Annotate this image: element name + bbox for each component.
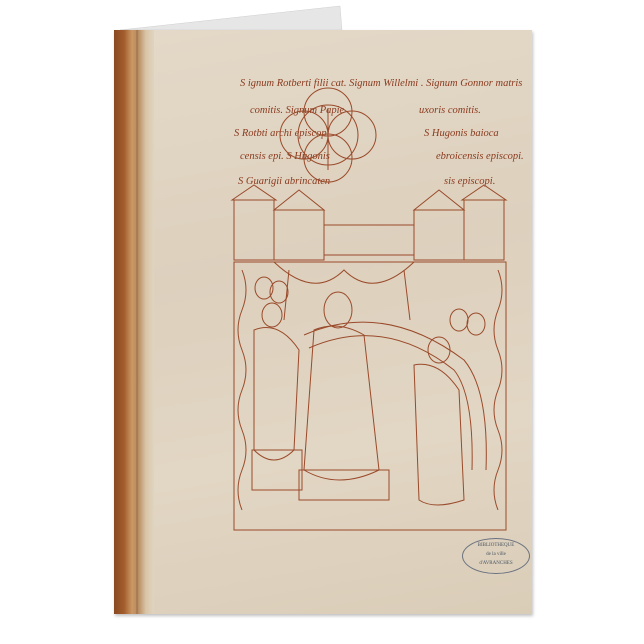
stamp-line: d'AVRANCHES [463,559,529,568]
manuscript-drawing [114,30,532,614]
stamp-line: de la ville [463,550,529,559]
library-stamp: BIBLIOTHEQUE de la ville d'AVRANCHES [462,538,530,574]
greeting-card-front: S ignum Rotberti filii cat. Signum Wille… [114,30,532,614]
stamp-line: BIBLIOTHEQUE [463,541,529,550]
